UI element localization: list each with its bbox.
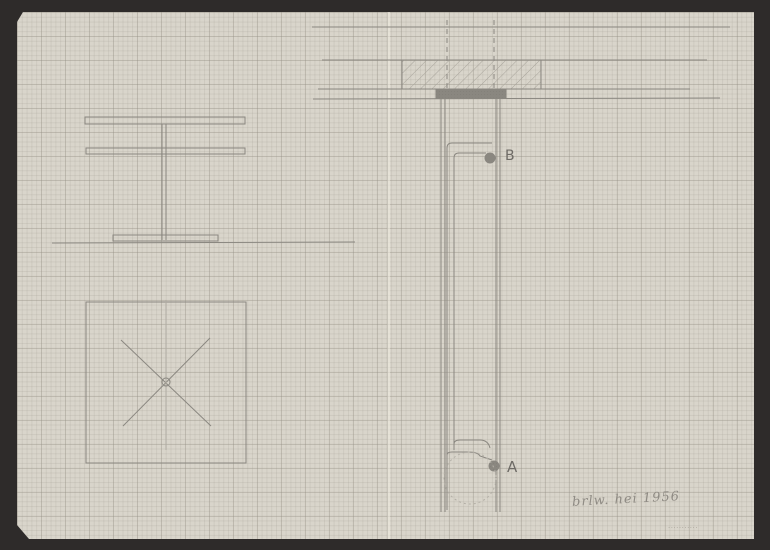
technical-drawing (0, 0, 770, 550)
archive-stamp: ........... (668, 522, 698, 530)
table-top (85, 117, 245, 124)
label-a: A (507, 458, 517, 476)
ground-line (52, 242, 355, 243)
hatched-top (402, 60, 541, 89)
plan-view (86, 300, 246, 463)
profile-b-circle (485, 153, 495, 163)
section-detail (312, 20, 730, 512)
elevation-view (52, 117, 355, 243)
label-b: B (505, 148, 515, 164)
